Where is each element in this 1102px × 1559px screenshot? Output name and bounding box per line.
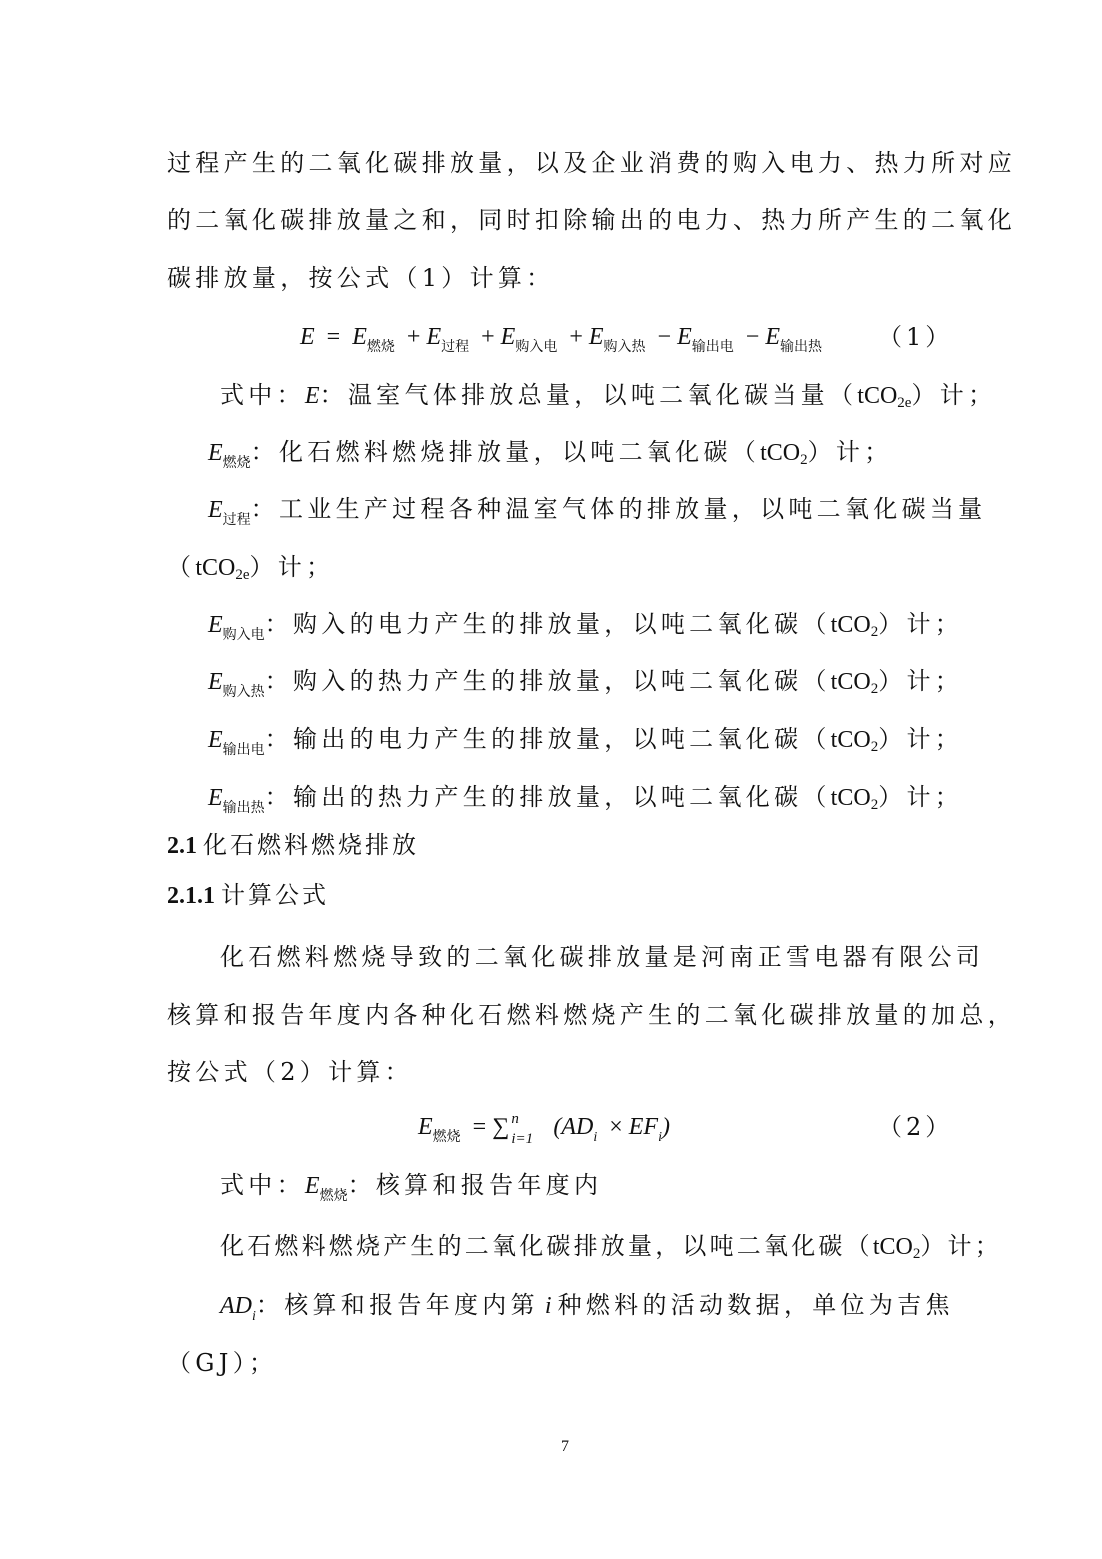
formula-1-lhs: E	[300, 324, 315, 350]
formula-2-close: )	[662, 1114, 670, 1140]
definition-tail: ）计；	[878, 725, 963, 753]
definition-symbol: E	[208, 497, 223, 523]
formula-1-op: +	[481, 324, 495, 350]
paragraph-2-line-2: 核算和报告年度内各种化石燃料燃烧产生的二氧化碳排放量的加总，	[167, 1000, 937, 1030]
formula-1-term-sub: 购入电	[515, 340, 557, 355]
definition-tail: ）计；	[911, 381, 996, 409]
unit-text: tCO	[857, 383, 897, 409]
definition-purchased-electricity: E购入电：购入的电力产生的排放量，以吨二氧化碳（tCO2）计；	[208, 609, 978, 650]
formula-1-term-sub: 输出电	[692, 340, 734, 355]
definition-2-combustion-cont: 化石燃料燃烧产生的二氧化碳排放量，以吨二氧化碳（tCO2）计；	[220, 1231, 990, 1262]
unit-text: tCO	[195, 555, 235, 581]
section-number: 2.1	[167, 833, 197, 859]
formula-2-lhs-sub: 燃烧	[433, 1130, 461, 1145]
formula-1-term: E	[765, 324, 780, 350]
unit-text: tCO	[831, 669, 871, 695]
sum-lower-limit: i=1	[511, 1124, 533, 1154]
definition-variable: i	[545, 1293, 552, 1319]
definition-purchased-heat: E购入热：购入的热力产生的排放量，以吨二氧化碳（tCO2）计；	[208, 666, 978, 707]
definition-exported-heat: E输出热：输出的热力产生的排放量，以吨二氧化碳（tCO2）计；	[208, 782, 978, 823]
definition-sub: 燃烧	[320, 1188, 348, 1204]
section-number: 2.1.1	[167, 883, 215, 909]
section-heading-2-1: 2.1化石燃料燃烧排放	[167, 830, 419, 861]
formula-1-term-sub: 输出热	[780, 340, 822, 355]
definition-symbol: E	[305, 383, 320, 409]
formula-2-ad: (AD	[553, 1114, 593, 1140]
definition-total: 式中：E：温室气体排放总量，以吨二氧化碳当量（tCO2e）计；	[220, 380, 990, 411]
formula-2-ef: EF	[629, 1114, 658, 1140]
definition-symbol: E	[208, 612, 223, 638]
definition-prefix: 式中：	[220, 381, 305, 409]
definition-sub: 输出热	[223, 800, 265, 816]
unit-text: tCO	[831, 612, 871, 638]
definition-text: ：输出的热力产生的排放量，以吨二氧化碳（	[265, 783, 831, 811]
sum-limits: ni=1	[509, 1112, 553, 1142]
sum-symbol: ∑	[492, 1114, 509, 1140]
definition-text: ：核算和报告年度内第	[256, 1291, 539, 1319]
formula-2-times: ×	[609, 1114, 623, 1140]
definition-symbol: E	[208, 440, 223, 466]
definition-symbol: E	[305, 1173, 320, 1199]
definition-text: ：输出的电力产生的排放量，以吨二氧化碳（	[265, 725, 831, 753]
formula-1-op: +	[407, 324, 421, 350]
unit-label: tCO2	[831, 785, 879, 811]
definition-text: ：核算和报告年度内	[348, 1171, 603, 1199]
definition-tail: ）计；	[920, 1232, 1002, 1260]
formula-1-eq: =	[327, 324, 341, 350]
definition-sub: 输出电	[223, 742, 265, 758]
intro-line-1: 过程产生的二氧化碳排放量，以及企业消费的购入电力、热力所对应	[167, 148, 937, 178]
section-heading-2-1-1: 2.1.1计算公式	[167, 880, 329, 911]
formula-2-eq: =	[473, 1114, 487, 1140]
unit-subscript: 2e	[897, 395, 911, 411]
definition-text: ：购入的电力产生的排放量，以吨二氧化碳（	[265, 610, 831, 638]
definition-symbol: E	[208, 785, 223, 811]
formula-2-ad-sub: i	[593, 1130, 597, 1145]
definition-tail: ）计；	[250, 553, 335, 581]
formula-1-number: （1）	[878, 322, 953, 352]
section-title: 计算公式	[221, 881, 329, 909]
formula-1-term-sub: 购入热	[604, 340, 646, 355]
formula-1-term: E	[677, 324, 692, 350]
definition-symbol: E	[208, 727, 223, 753]
page-number: 7	[561, 1438, 569, 1456]
definition-exported-electricity: E输出电：输出的电力产生的排放量，以吨二氧化碳（tCO2）计；	[208, 724, 978, 765]
definition-text: 种燃料的活动数据，单位为吉焦	[558, 1291, 954, 1319]
formula-1-op: −	[658, 324, 672, 350]
definition-text: ：化石燃料燃烧排放量，以吨二氧化碳（	[251, 438, 760, 466]
formula-1-term: E	[352, 324, 367, 350]
unit-label: tCO2	[831, 727, 879, 753]
definition-2-activity-unit: （GJ）；	[167, 1348, 937, 1378]
definition-text: （	[167, 553, 195, 581]
formula-2: E燃烧 =∑ni=1(ADi ×EFi)	[418, 1112, 670, 1153]
formula-2-lhs: E	[418, 1114, 433, 1140]
definition-tail: ）计；	[878, 783, 963, 811]
unit-subscript: 2	[800, 452, 808, 468]
definition-process-cont: （tCO2e）计；	[167, 552, 937, 583]
unit-label: tCO2e	[857, 383, 911, 409]
formula-1-term: E	[589, 324, 604, 350]
definition-sub: 购入电	[223, 627, 265, 643]
formula-1-op: +	[569, 324, 583, 350]
intro-line-2: 的二氧化碳排放量之和，同时扣除输出的电力、热力所产生的二氧化	[167, 205, 937, 235]
definition-sub: 过程	[223, 512, 251, 528]
unit-text: tCO	[873, 1234, 913, 1260]
unit-text: tCO	[831, 785, 871, 811]
definition-tail: ）计；	[878, 610, 963, 638]
formula-1-term: E	[426, 324, 441, 350]
formula-1-op: −	[746, 324, 760, 350]
unit-label: tCO2	[760, 440, 808, 466]
definition-symbol: E	[208, 669, 223, 695]
unit-label: tCO2	[831, 612, 879, 638]
definition-text: ：温室气体排放总量，以吨二氧化碳当量（	[320, 381, 858, 409]
formula-1: E = E燃烧 +E过程 +E购入电 +E购入热 −E输出电 −E输出热	[300, 322, 822, 363]
definition-tail: ）计；	[878, 667, 963, 695]
definition-text: ：工业生产过程各种温室气体的排放量，以吨二氧化碳当量	[251, 495, 987, 523]
definition-prefix: 式中：	[220, 1171, 305, 1199]
formula-1-term-sub: 过程	[441, 340, 469, 355]
definition-combustion: E燃烧：化石燃料燃烧排放量，以吨二氧化碳（tCO2）计；	[208, 437, 978, 478]
definition-sub: 购入热	[223, 684, 265, 700]
unit-label: tCO2	[873, 1234, 921, 1260]
definition-2-activity-data: ADi：核算和报告年度内第i种燃料的活动数据，单位为吉焦	[220, 1290, 990, 1332]
formula-1-term-sub: 燃烧	[367, 340, 395, 355]
unit-text: tCO	[760, 440, 800, 466]
definition-symbol: AD	[220, 1293, 252, 1319]
unit-label: tCO2e	[195, 555, 249, 581]
intro-line-3: 碳排放量，按公式（1）计算：	[167, 263, 937, 293]
unit-text: tCO	[831, 727, 871, 753]
paragraph-2-line-1: 化石燃料燃烧导致的二氧化碳排放量是河南正雪电器有限公司	[220, 942, 937, 972]
definition-text: 化石燃料燃烧产生的二氧化碳排放量，以吨二氧化碳（	[220, 1232, 873, 1260]
section-title: 化石燃料燃烧排放	[203, 831, 419, 859]
unit-label: tCO2	[831, 669, 879, 695]
unit-subscript: 2e	[235, 567, 249, 583]
definition-sub: 燃烧	[223, 455, 251, 471]
definition-text: ：购入的热力产生的排放量，以吨二氧化碳（	[265, 667, 831, 695]
paragraph-2-line-3: 按公式（2）计算：	[167, 1057, 937, 1087]
formula-1-term: E	[501, 324, 516, 350]
definition-2-combustion: 式中：E燃烧：核算和报告年度内	[220, 1170, 990, 1211]
definition-process: E过程：工业生产过程各种温室气体的排放量，以吨二氧化碳当量	[208, 494, 978, 535]
formula-2-number: （2）	[878, 1112, 953, 1142]
definition-tail: ）计；	[808, 438, 893, 466]
